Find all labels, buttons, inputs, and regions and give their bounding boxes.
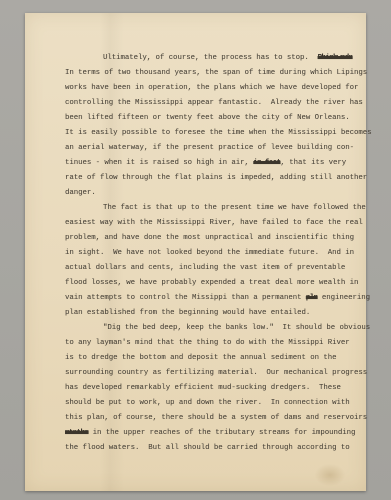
text-segment: easiest way with the Mississippi River, … — [65, 219, 363, 227]
text-segment: an aerial waterway, if the present pract… — [65, 144, 354, 152]
scan-background: Ultimately, of course, the process has t… — [0, 0, 391, 500]
text-line: the flood waters. But all should be carr… — [65, 441, 363, 456]
text-line: in sight. We have not looked beyond the … — [65, 246, 363, 261]
text-line: been lifted fifteen or twenty feet above… — [65, 111, 363, 126]
text-line: problem, and have done the most unpracti… — [65, 231, 363, 246]
text-segment: vain attempts to control the Missippi th… — [65, 294, 306, 302]
text-segment: to any layman's mind that the thing to d… — [65, 339, 350, 347]
text-line: mtnthm in the upper reaches of the tribu… — [65, 426, 363, 441]
text-line: works have been in operation, the plans … — [65, 81, 363, 96]
text-line: In terms of two thousand years, the span… — [65, 66, 363, 81]
text-line: should be put to work, up and down the r… — [65, 396, 363, 411]
text-segment: plan established from the beginning woul… — [65, 309, 310, 317]
struck-text: mtnthm — [65, 429, 88, 437]
struck-text: in fact — [253, 159, 280, 167]
text-line: "Dig the bed deep, keep the banks low." … — [65, 321, 363, 336]
text-segment: danger. — [65, 189, 96, 197]
text-segment: this plan, of course, there should be a … — [65, 414, 367, 422]
text-segment: in sight. We have not looked beyond the … — [65, 249, 354, 257]
text-segment: , that its very — [280, 159, 346, 167]
text-segment: actual dollars and cents, including the … — [65, 264, 345, 272]
text-line: It is easily possible to foresee the tim… — [65, 126, 363, 141]
text-line: rate of flow through the flat plains is … — [65, 171, 363, 186]
text-segment: has developed remarkably efficient mud-s… — [65, 384, 341, 392]
text-segment: problem, and have done the most unpracti… — [65, 234, 354, 242]
text-line: Ultimately, of course, the process has t… — [65, 51, 363, 66]
struck-text: pln — [306, 294, 318, 302]
text-line: actual dollars and cents, including the … — [65, 261, 363, 276]
text-line: vain attempts to control the Missippi th… — [65, 291, 363, 306]
text-segment: It is easily possible to foresee the tim… — [65, 129, 372, 137]
text-segment: engineering — [317, 294, 370, 302]
text-segment: flood losses, we have probably expended … — [65, 279, 358, 287]
text-segment: In terms of two thousand years, the span… — [65, 69, 367, 77]
text-line: tinues - when it is raised so high in ai… — [65, 156, 363, 171]
text-line: an aerial waterway, if the present pract… — [65, 141, 363, 156]
text-segment: Ultimately, of course, the process has t… — [103, 54, 318, 62]
text-line: flood losses, we have probably expended … — [65, 276, 363, 291]
text-segment: the flood waters. But all should be carr… — [65, 444, 350, 452]
text-segment: tinues - when it is raised so high in ai… — [65, 159, 253, 167]
text-line: has developed remarkably efficient mud-s… — [65, 381, 363, 396]
text-segment: been lifted fifteen or twenty feet above… — [65, 114, 350, 122]
text-segment: works have been in operation, the plans … — [65, 84, 358, 92]
text-segment: The fact is that up to the present time … — [103, 204, 366, 212]
text-line: to any layman's mind that the thing to d… — [65, 336, 363, 351]
text-segment: rate of flow through the flat plains is … — [65, 174, 367, 182]
text-block: Ultimately, of course, the process has t… — [65, 51, 363, 456]
text-line: surrounding country as fertilizing mater… — [65, 366, 363, 381]
text-segment: should be put to work, up and down the r… — [65, 399, 350, 407]
text-segment: is to dredge the bottom and deposit the … — [65, 354, 337, 362]
text-line: is to dredge the bottom and deposit the … — [65, 351, 363, 366]
text-line: plan established from the beginning woul… — [65, 306, 363, 321]
document-page: Ultimately, of course, the process has t… — [25, 13, 366, 491]
struck-text: Rhinhwndn — [318, 54, 353, 62]
text-line: The fact is that up to the present time … — [65, 201, 363, 216]
text-line: danger. — [65, 186, 363, 201]
text-segment: in the upper reaches of the tributary st… — [88, 429, 355, 437]
text-line: easiest way with the Mississippi River, … — [65, 216, 363, 231]
text-line: controlling the Mississippi appear fanta… — [65, 96, 363, 111]
text-segment: "Dig the bed deep, keep the banks low." … — [103, 324, 370, 332]
text-line: this plan, of course, there should be a … — [65, 411, 363, 426]
text-segment: surrounding country as fertilizing mater… — [65, 369, 367, 377]
text-segment: controlling the Mississippi appear fanta… — [65, 99, 363, 107]
